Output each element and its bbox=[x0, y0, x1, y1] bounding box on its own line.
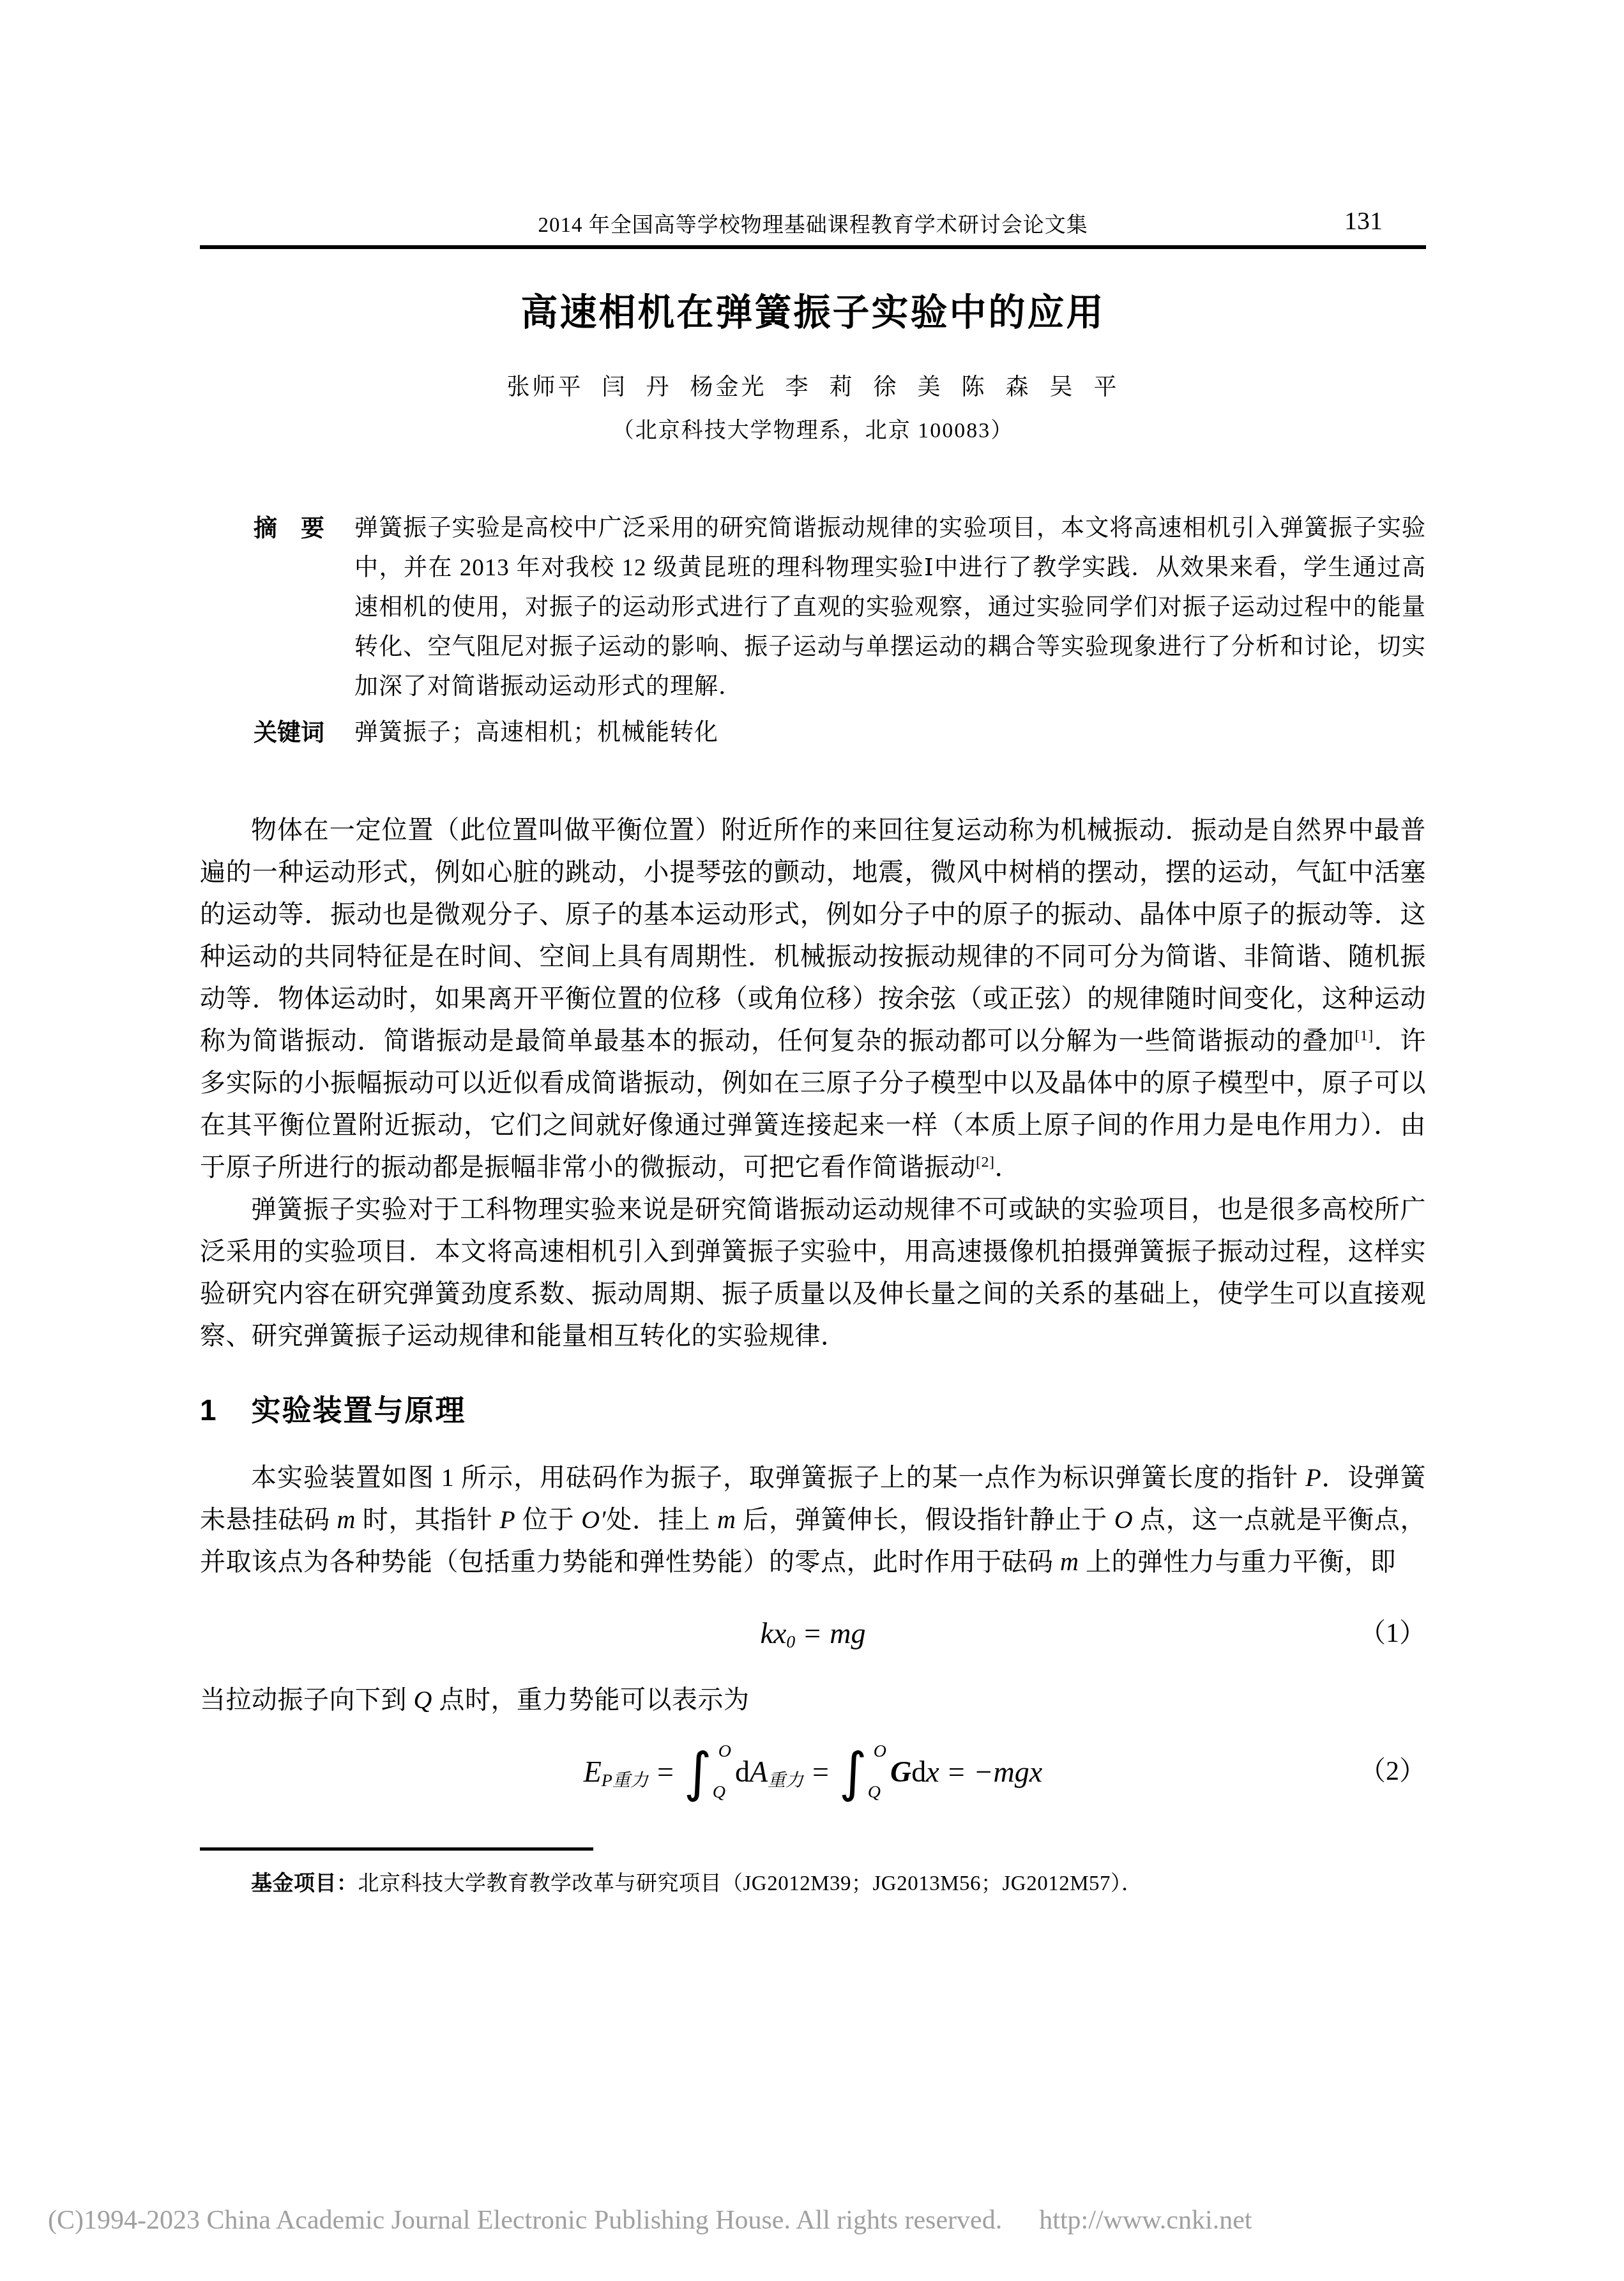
section-1-paragraph-1: 本实验装置如图 1 所示，用砝码作为振子，取弹簧振子上的某一点作为标识弹簧长度的… bbox=[200, 1457, 1426, 1583]
affiliation-line: （北京科技大学物理系，北京 100083） bbox=[200, 417, 1426, 445]
eq2-variable-x: x bbox=[926, 1743, 939, 1801]
cnki-url: http://www.cnki.net bbox=[1039, 2206, 1252, 2235]
abstract-block: 摘 要 弹簧振子实验是高校中广泛采用的研究简谐振动规律的实验项目，本文将高速相机… bbox=[200, 509, 1426, 707]
eq2-subscript-A: 重力 bbox=[768, 1752, 803, 1810]
eq1-subscript-0: 0 bbox=[786, 1614, 795, 1671]
eq1-variable-kx: kx bbox=[760, 1605, 786, 1662]
footnote-rule bbox=[200, 1847, 593, 1851]
abstract-text: 弹簧振子实验是高校中广泛采用的研究简谐振动规律的实验项目，本文将高速相机引入弹簧… bbox=[354, 509, 1426, 707]
keywords-label: 关键词 bbox=[254, 713, 354, 753]
equation-2: EP重力 = ∫ O Q dA重力 = ∫ O Q bbox=[200, 1743, 1426, 1801]
eq2-variable-E: E bbox=[584, 1743, 602, 1801]
paper-page: 2014 年全国高等学校物理基础课程教育学术研讨会论文集 131 高速相机在弹簧… bbox=[0, 0, 1624, 2281]
equation-2-number: （2） bbox=[1359, 1743, 1426, 1800]
keywords-text: 弹簧振子；高速相机；机械能转化 bbox=[354, 713, 1426, 753]
eq2-rhs: −mgx bbox=[974, 1743, 1043, 1801]
section-1-title: 实验装置与原理 bbox=[251, 1390, 466, 1430]
footnote-block: 基金项目：北京科技大学教育教学改革与研究项目（JG2012M39；JG2013M… bbox=[200, 1847, 1426, 1898]
eq1-equals: = bbox=[804, 1605, 821, 1662]
keywords-block: 关键词 弹簧振子；高速相机；机械能转化 bbox=[200, 713, 1426, 753]
paper-title: 高速相机在弹簧振子实验中的应用 bbox=[200, 291, 1426, 335]
intro-paragraph-1: 物体在一定位置（此位置叫做平衡位置）附近所作的来回往复运动称为机械振动．振动是自… bbox=[200, 809, 1426, 1188]
footnote-content: 北京科技大学教育教学改革与研究项目（JG2012M39；JG2013M56；JG… bbox=[358, 1872, 1143, 1895]
equation-1-body: kx0 = mg bbox=[760, 1605, 865, 1662]
cnki-watermark: (C)1994-2023 China Academic Journal Elec… bbox=[48, 2204, 1252, 2236]
section-1-paragraph-2: 当拉动振子向下到 Q 点时，重力势能可以表示为 bbox=[200, 1679, 1426, 1721]
eq2-equals-a: = bbox=[657, 1743, 674, 1801]
header-rule-divider bbox=[200, 245, 1426, 249]
running-header: 2014 年全国高等学校物理基础课程教育学术研讨会论文集 131 bbox=[200, 208, 1426, 238]
footnote-label: 基金项目： bbox=[251, 1871, 358, 1895]
intro-paragraph-2: 弹簧振子实验对于工科物理实验来说是研究简谐振动运动规律不可或缺的实验项目，也是很… bbox=[200, 1188, 1426, 1357]
eq2-equals-c: = bbox=[948, 1743, 965, 1801]
integral-1-upper: O bbox=[718, 1743, 731, 1761]
page-number: 131 bbox=[1344, 206, 1383, 236]
eq2-variable-G: G bbox=[890, 1743, 911, 1801]
integral-2-lower: Q bbox=[862, 1784, 886, 1801]
equation-1-number: （1） bbox=[1359, 1605, 1426, 1662]
eq2-variable-A: A bbox=[750, 1743, 768, 1801]
integral-limits-2: O Q bbox=[867, 1743, 886, 1801]
copyright-text: (C)1994-2023 China Academic Journal Elec… bbox=[48, 2206, 1002, 2235]
eq2-differential-1: d bbox=[735, 1743, 750, 1801]
eq2-equals-b: = bbox=[812, 1743, 829, 1801]
authors-line: 张师平 闫 丹 杨金光 李 莉 徐 美 陈 森 吴 平 bbox=[200, 372, 1426, 402]
equation-1: kx0 = mg （1） bbox=[200, 1605, 1426, 1662]
footnote-text: 基金项目：北京科技大学教育教学改革与研究项目（JG2012M39；JG2013M… bbox=[200, 1868, 1426, 1898]
integral-1-lower: Q bbox=[707, 1784, 731, 1801]
section-1-heading: 1 实验装置与原理 bbox=[200, 1390, 1426, 1430]
integral-sign-1: ∫ O Q bbox=[684, 1743, 731, 1801]
integral-sign-2: ∫ O Q bbox=[839, 1743, 886, 1801]
eq2-differential-2: d bbox=[911, 1743, 926, 1801]
main-column: 高速相机在弹簧振子实验中的应用 张师平 闫 丹 杨金光 李 莉 徐 美 陈 森 … bbox=[200, 291, 1426, 1898]
eq2-subscript-E: P重力 bbox=[602, 1752, 648, 1810]
section-1-number: 1 bbox=[200, 1390, 216, 1430]
integral-2-upper: O bbox=[874, 1743, 886, 1761]
abstract-label: 摘 要 bbox=[254, 509, 354, 707]
equation-2-body: EP重力 = ∫ O Q dA重力 = ∫ O Q bbox=[584, 1743, 1043, 1801]
eq1-variable-mg: mg bbox=[830, 1605, 865, 1662]
proceedings-title: 2014 年全国高等学校物理基础课程教育学术研讨会论文集 bbox=[538, 214, 1088, 237]
integral-limits-1: O Q bbox=[712, 1743, 731, 1801]
